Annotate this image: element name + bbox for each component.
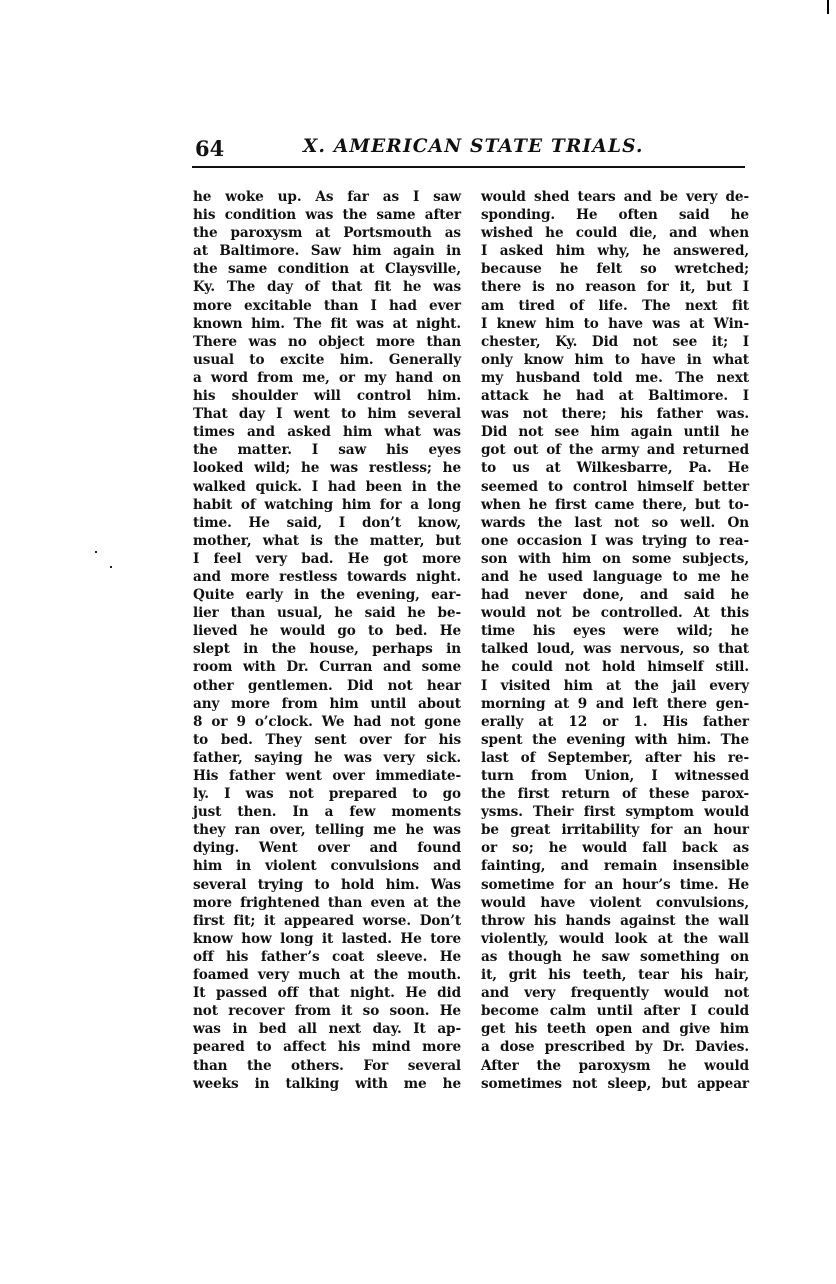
text-line: throw his hands against the wall (481, 912, 749, 930)
text-line: had never done, and said he (481, 586, 749, 604)
text-line: slept in the house, perhaps in (193, 640, 461, 658)
text-line: be great irritability for an hour (481, 821, 749, 839)
text-line: and very frequently would not (481, 984, 749, 1002)
text-line: turn from Union, I witnessed (481, 767, 749, 785)
text-line: first fit; it appeared worse. Don’t (193, 912, 461, 930)
text-line: get his teeth open and give him (481, 1020, 749, 1038)
text-line: more frightened than even at the (193, 894, 461, 912)
text-line: several trying to hold him. Was (193, 876, 461, 894)
text-line: morning at 9 and left there gen- (481, 695, 749, 713)
text-line: fainting, and remain insensible (481, 857, 749, 875)
text-line: to bed. They sent over for his (193, 731, 461, 749)
text-line: attack he had at Baltimore. I (481, 387, 749, 405)
text-line: would have violent convulsions, (481, 894, 749, 912)
text-line: I feel very bad. He got more (193, 550, 461, 568)
text-line: the first return of these parox- (481, 785, 749, 803)
text-line: son with him on some subjects, (481, 550, 749, 568)
text-line: spent the evening with him. The (481, 731, 749, 749)
text-line: his condition was the same after (193, 206, 461, 224)
text-line: was in bed all next day. It ap- (193, 1020, 461, 1038)
text-line: him in violent convulsions and (193, 857, 461, 875)
text-line: Quite early in the evening, ear- (193, 586, 461, 604)
text-line: they ran over, telling me he was (193, 821, 461, 839)
text-line: time his eyes were wild; he (481, 622, 749, 640)
text-line: sponding. He often said he (481, 206, 749, 224)
text-line: just then. In a few moments (193, 803, 461, 821)
text-line: I visited him at the jail every (481, 677, 749, 695)
text-line: there is no reason for it, but I (481, 278, 749, 296)
text-line: other gentlemen. Did not hear (193, 677, 461, 695)
text-line: father, saying he was very sick. (193, 749, 461, 767)
text-line: more excitable than I had ever (193, 297, 461, 315)
text-line: It passed off that night. He did (193, 984, 461, 1002)
text-line: times and asked him what was (193, 423, 461, 441)
text-line: sometimes not sleep, but appear (481, 1075, 749, 1093)
right-column: would shed tears and be very de-sponding… (481, 188, 749, 1093)
text-line: to us at Wilkesbarre, Pa. He (481, 459, 749, 477)
text-line: become calm until after I could (481, 1002, 749, 1020)
header-rule (192, 166, 745, 168)
text-line: one occasion I was trying to rea- (481, 532, 749, 550)
text-line: erally at 12 or 1. His father (481, 713, 749, 731)
text-line: when he first came there, but to- (481, 496, 749, 514)
scan-edge-mark (827, 0, 829, 14)
text-line: lier than usual, he said he be- (193, 604, 461, 622)
text-line: habit of watching him for a long (193, 496, 461, 514)
text-line: seemed to control himself better (481, 478, 749, 496)
text-line: and more restless towards night. (193, 568, 461, 586)
text-line: mother, what is the matter, but (193, 532, 461, 550)
text-line: talked loud, was nervous, so that (481, 640, 749, 658)
text-line: a word from me, or my hand on (193, 369, 461, 387)
text-line: as though he saw something on (481, 948, 749, 966)
text-line: time. He said, I don’t know, (193, 514, 461, 532)
text-line: lieved he would go to bed. He (193, 622, 461, 640)
text-line: got out of the army and returned (481, 441, 749, 459)
text-line: because he felt so wretched; (481, 260, 749, 278)
text-line: violently, would look at the wall (481, 930, 749, 948)
text-line: it, grit his teeth, tear his hair, (481, 966, 749, 984)
text-line: There was no object more than (193, 333, 461, 351)
running-head: 64 X. AMERICAN STATE TRIALS. (193, 134, 745, 164)
text-line: he could not hold himself still. (481, 658, 749, 676)
text-line: any more from him until about (193, 695, 461, 713)
text-line: my husband told me. The next (481, 369, 749, 387)
text-line: ysms. Their first symptom would (481, 803, 749, 821)
running-title: X. AMERICAN STATE TRIALS. (303, 136, 644, 157)
scan-speck (110, 566, 112, 568)
text-line: His father went over immediate- (193, 767, 461, 785)
text-line: and he used language to me he (481, 568, 749, 586)
text-line: at Baltimore. Saw him again in (193, 242, 461, 260)
text-line: a dose prescribed by Dr. Davies. (481, 1038, 749, 1056)
text-line: know how long it lasted. He tore (193, 930, 461, 948)
text-line: off his father’s coat sleeve. He (193, 948, 461, 966)
text-line: not recover from it so soon. He (193, 1002, 461, 1020)
text-line: That day I went to him several (193, 405, 461, 423)
left-column: he woke up. As far as I sawhis condition… (193, 188, 461, 1093)
text-line: he woke up. As far as I saw (193, 188, 461, 206)
text-line: wards the last not so well. On (481, 514, 749, 532)
text-line: sometime for an hour’s time. He (481, 876, 749, 894)
text-line: ly. I was not prepared to go (193, 785, 461, 803)
text-line: than the others. For several (193, 1057, 461, 1075)
text-line: Did not see him again until he (481, 423, 749, 441)
text-line: only know him to have in what (481, 351, 749, 369)
text-line: would not be controlled. At this (481, 604, 749, 622)
text-line: looked wild; he was restless; he (193, 459, 461, 477)
text-line: After the paroxysm he would (481, 1057, 749, 1075)
text-line: the matter. I saw his eyes (193, 441, 461, 459)
book-page: 64 X. AMERICAN STATE TRIALS. he woke up.… (0, 0, 836, 1284)
page-number: 64 (195, 136, 224, 161)
text-line: am tired of life. The next fit (481, 297, 749, 315)
text-line: was not there; his father was. (481, 405, 749, 423)
text-line: foamed very much at the mouth. (193, 966, 461, 984)
text-line: his shoulder will control him. (193, 387, 461, 405)
text-line: last of September, after his re- (481, 749, 749, 767)
text-line: chester, Ky. Did not see it; I (481, 333, 749, 351)
text-line: Ky. The day of that fit he was (193, 278, 461, 296)
text-line: 8 or 9 o’clock. We had not gone (193, 713, 461, 731)
scan-speck (95, 551, 97, 553)
text-line: the same condition at Claysville, (193, 260, 461, 278)
text-line: the paroxysm at Portsmouth as (193, 224, 461, 242)
text-line: I knew him to have was at Win- (481, 315, 749, 333)
text-line: known him. The fit was at night. (193, 315, 461, 333)
text-line: wished he could die, and when (481, 224, 749, 242)
text-line: or so; he would fall back as (481, 839, 749, 857)
text-line: I asked him why, he answered, (481, 242, 749, 260)
text-line: room with Dr. Curran and some (193, 658, 461, 676)
text-line: walked quick. I had been in the (193, 478, 461, 496)
text-line: dying. Went over and found (193, 839, 461, 857)
text-line: peared to affect his mind more (193, 1038, 461, 1056)
text-line: usual to excite him. Generally (193, 351, 461, 369)
text-line: would shed tears and be very de- (481, 188, 749, 206)
text-line: weeks in talking with me he (193, 1075, 461, 1093)
